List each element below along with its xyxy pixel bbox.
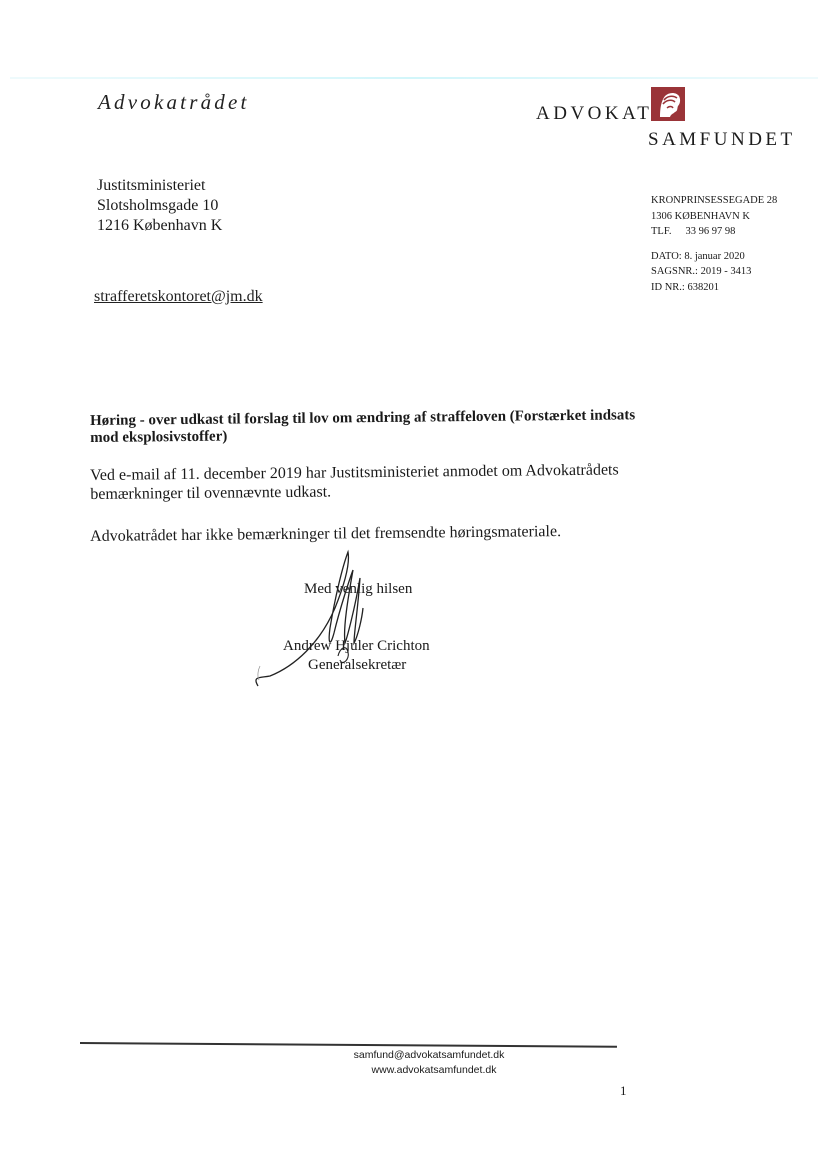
- sender-street: KRONPRINSESSEGADE 28: [651, 193, 777, 209]
- footer-divider: [80, 1042, 617, 1047]
- signer-title: Generalsekretær: [308, 657, 406, 674]
- signer-name: Andrew Hjuler Crichton: [283, 638, 430, 655]
- body-paragraph: Advokatrådet har ikke bemærkninger til d…: [90, 521, 650, 546]
- footer-website-link[interactable]: www.advokatsamfundet.dk: [0, 1064, 828, 1076]
- logo-text-samfundet: SAMFUNDET: [648, 129, 796, 151]
- letter-date: DATO: 8. januar 2020: [651, 249, 777, 265]
- scan-artifact-line: [10, 77, 818, 79]
- footer-email-link[interactable]: samfund@advokatsamfundet.dk: [0, 1049, 828, 1061]
- logo-text-advokat: ADVOKAT: [536, 103, 652, 125]
- body-paragraph: Ved e-mail af 11. december 2019 har Just…: [90, 460, 650, 504]
- handwritten-signature: [250, 548, 400, 698]
- recipient-address: Justitsministeriet Slotsholmsgade 10 121…: [97, 176, 222, 236]
- recipient-line: Slotsholmsgade 10: [97, 196, 222, 216]
- sender-info: KRONPRINSESSEGADE 28 1306 KØBENHAVN K TL…: [651, 193, 777, 295]
- helmet-logo-icon: [651, 87, 685, 121]
- recipient-email-link[interactable]: strafferetskontoret@jm.dk: [94, 288, 263, 306]
- letter-subject: Høring - over udkast til forslag til lov…: [90, 407, 650, 447]
- sender-phone-row: TLF.33 96 97 98: [651, 224, 777, 240]
- recipient-line: Justitsministeriet: [97, 176, 222, 196]
- case-number: SAGSNR.: 2019 - 3413: [651, 264, 777, 280]
- phone-label: TLF.: [651, 226, 671, 237]
- recipient-line: 1216 København K: [97, 216, 222, 236]
- page-number: 1: [620, 1083, 627, 1099]
- closing-salutation: Med venlig hilsen: [304, 581, 412, 598]
- id-number: ID NR.: 638201: [651, 280, 777, 296]
- phone-number: 33 96 97 98: [685, 226, 735, 237]
- letterhead-title: Advokatrådet: [98, 90, 250, 115]
- sender-city: 1306 KØBENHAVN K: [651, 209, 777, 225]
